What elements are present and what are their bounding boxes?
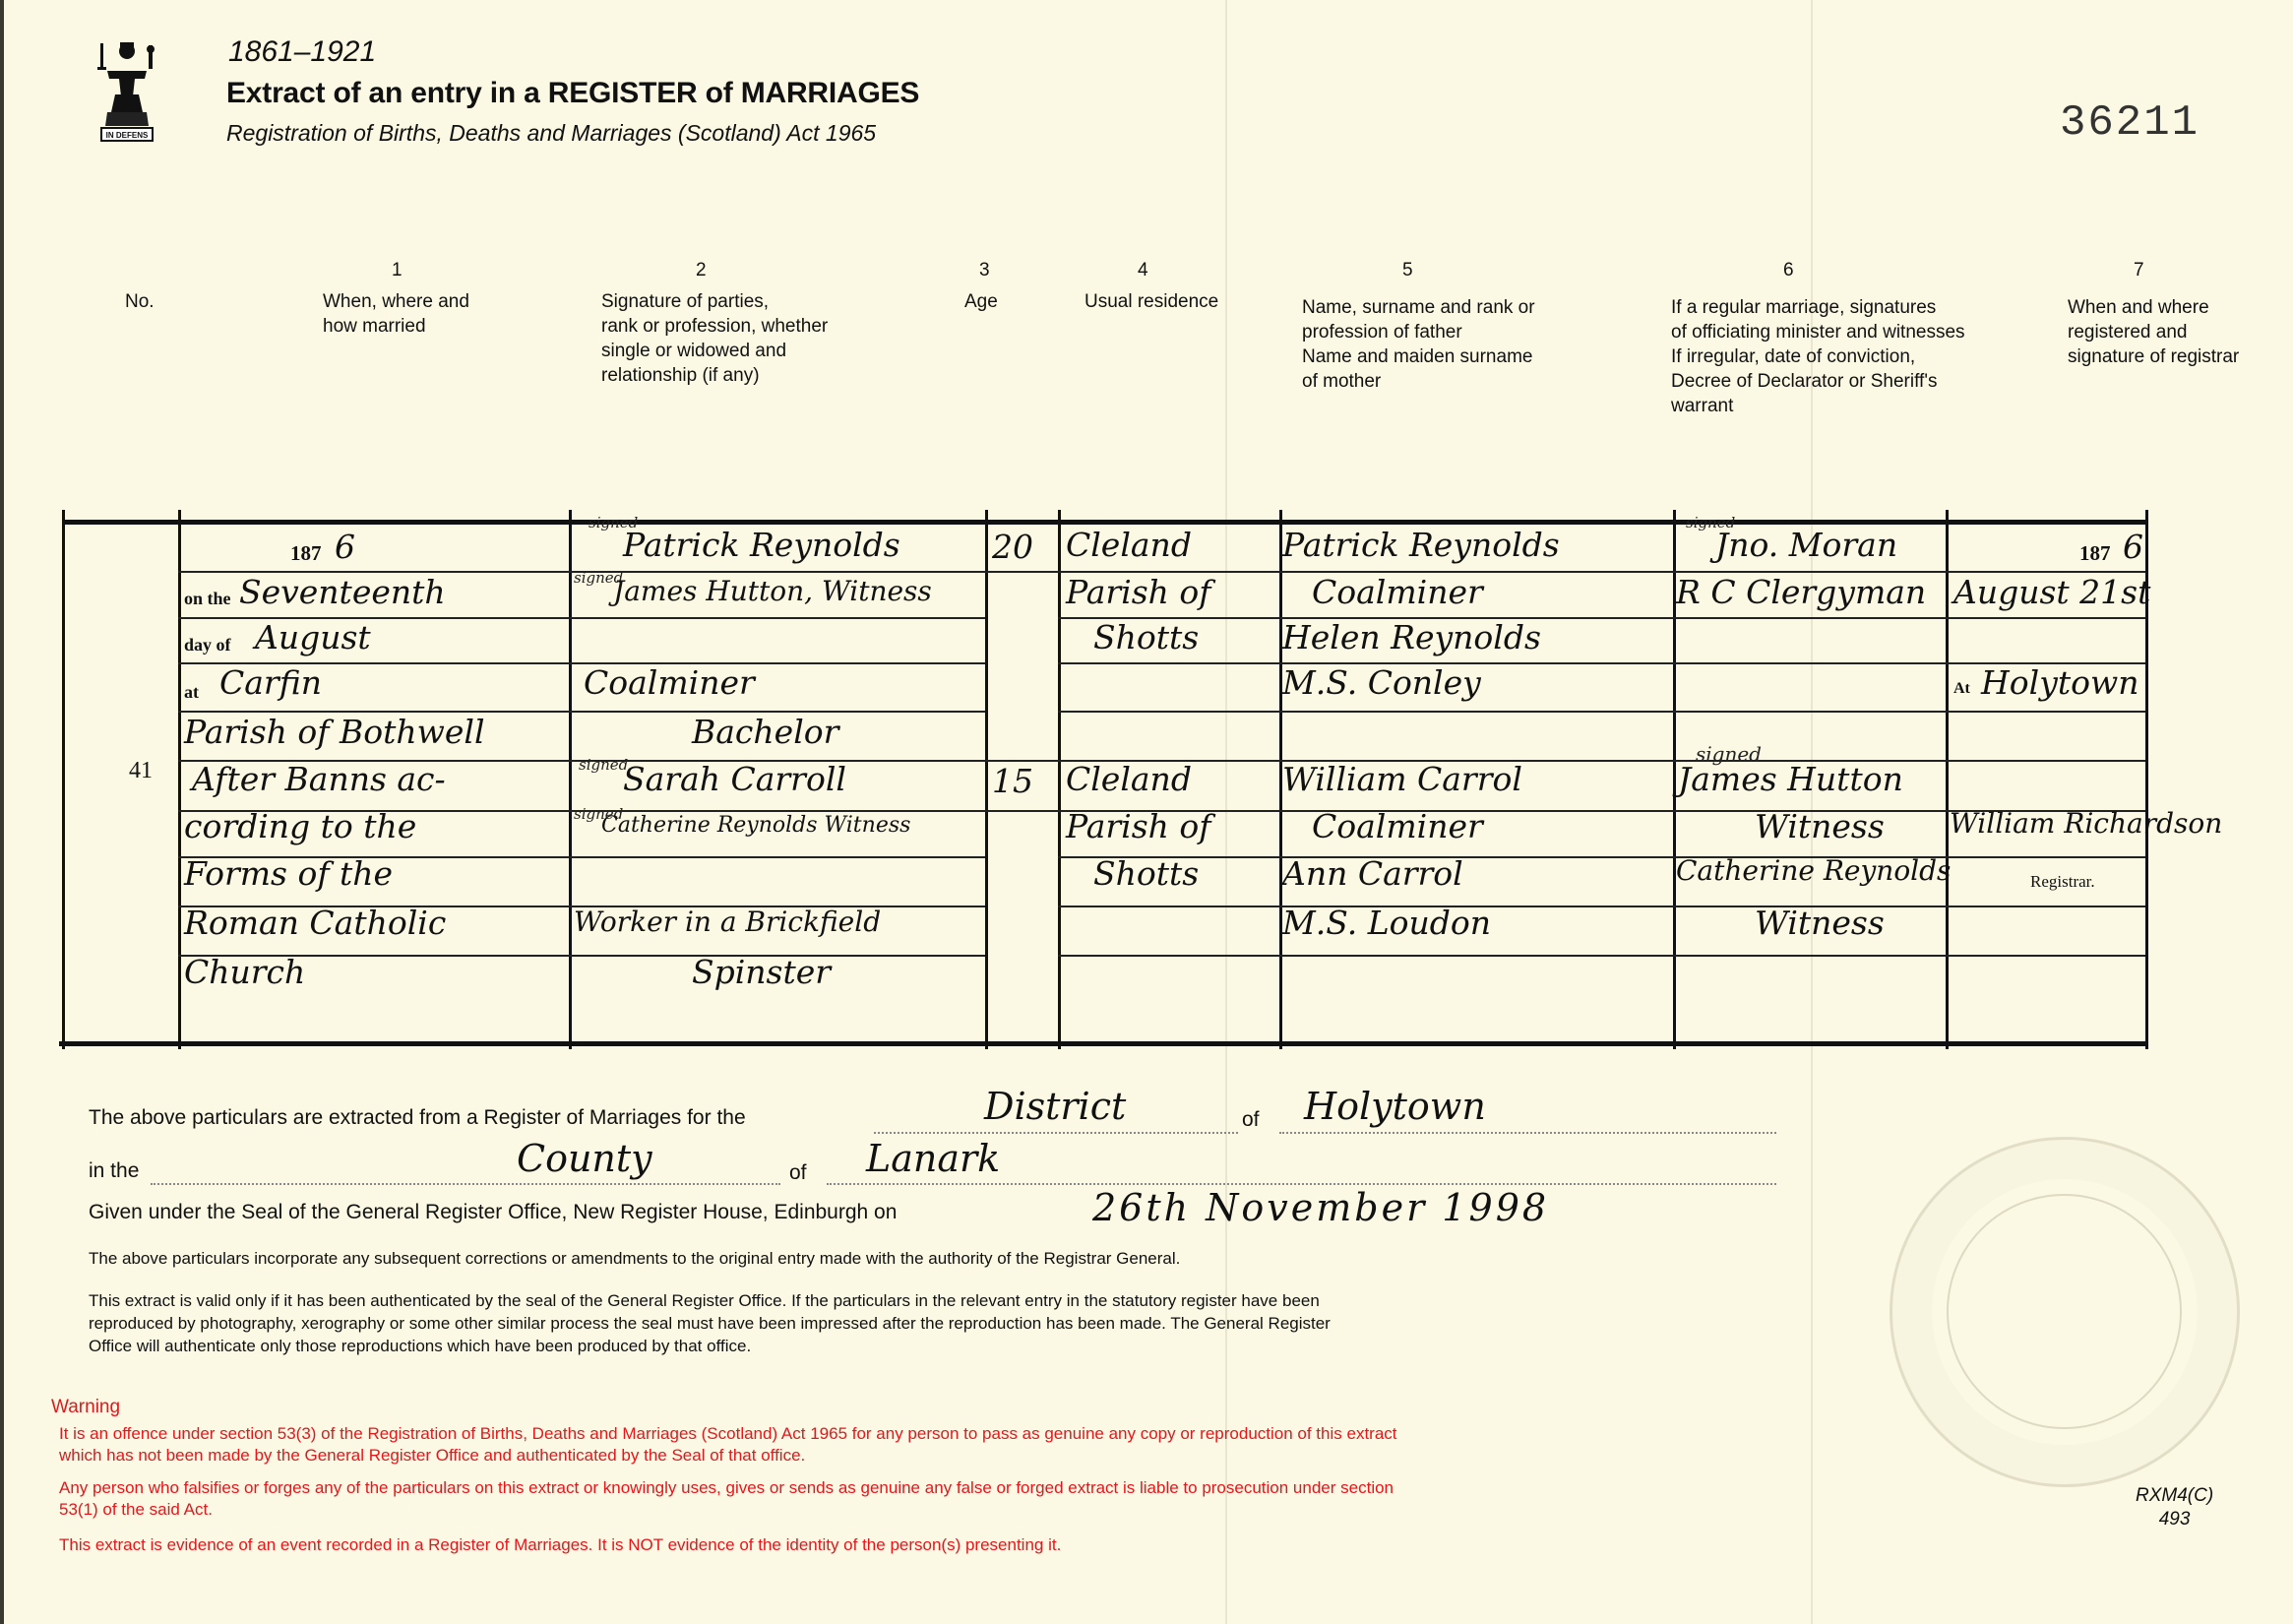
fill-line (151, 1183, 780, 1185)
groom-signature: Patrick Reynolds (623, 526, 900, 564)
groom-occupation: Coalminer (584, 663, 755, 702)
table-top-border (62, 520, 2148, 525)
county-type: County (517, 1137, 652, 1180)
warning-title: Warning (51, 1397, 120, 1418)
bride-occupation: Worker in a Brickfield (574, 906, 881, 938)
fill-line (1279, 1132, 1776, 1134)
groom-residence: Shotts (1093, 618, 1199, 656)
in-the-label: in the (89, 1159, 139, 1183)
column-number: 5 (1402, 260, 1413, 281)
form-code-text: RXM4(C) (2136, 1484, 2213, 1508)
row-rule (1279, 711, 1673, 713)
validity-note-line: reproduced by photography, xerography or… (89, 1313, 1331, 1335)
of-label: of (1242, 1108, 1260, 1132)
row-rule (1673, 711, 1946, 713)
year-prefix: 187 (290, 541, 322, 566)
svg-text:IN DEFENS: IN DEFENS (106, 131, 149, 140)
form-number: 493 (2136, 1508, 2213, 1531)
row-rule (1946, 955, 2145, 957)
entry-number: 41 (129, 758, 153, 784)
validity-note-line: This extract is valid only if it has bee… (89, 1290, 1320, 1312)
registration-place: Holytown (1981, 663, 2138, 702)
column-heading: Name, surname and rank orprofession of f… (1302, 295, 1535, 394)
column-heading: When and whereregistered andsignature of… (2068, 295, 2239, 369)
row-rule (1946, 760, 2145, 762)
column-divider (1058, 510, 1061, 1049)
column-number: 1 (392, 260, 403, 281)
bride-signature: Sarah Carroll (623, 760, 846, 798)
witness2-signature: Catherine Reynolds (1676, 854, 1951, 887)
column-divider (1946, 510, 1949, 1049)
column-number: 3 (979, 260, 990, 281)
marriage-detail-line: Parish of Bothwell (184, 713, 485, 751)
bride-father-occupation: Coalminer (1312, 807, 1483, 845)
registration-year-prefix: 187 (2079, 541, 2111, 566)
form-code: RXM4(C) 493 (2136, 1484, 2213, 1531)
column-number: 4 (1138, 260, 1148, 281)
registrar-signature: William Richardson (1950, 807, 2222, 840)
document-title: Extract of an entry in a REGISTER of MAR… (226, 77, 919, 110)
row-rule (985, 571, 1058, 573)
column-number: 6 (1783, 260, 1794, 281)
marriage-place: Carfin (219, 663, 322, 702)
column-heading: If a regular marriage, signaturesof offi… (1671, 295, 1965, 418)
district-type: District (984, 1085, 1126, 1128)
table-bottom-border (59, 1041, 2148, 1046)
issue-date: 26th November 1998 (1092, 1186, 1549, 1229)
bride-residence: Shotts (1093, 854, 1199, 893)
warning-line: It is an offence under section 53(3) of … (59, 1423, 1397, 1445)
row-rule (1673, 662, 1946, 664)
row-rule (1279, 955, 1673, 957)
column-number: 2 (696, 260, 707, 281)
marriage-detail-line: Forms of the (184, 854, 393, 893)
row-rule (1946, 617, 2145, 619)
fill-line (827, 1183, 1776, 1185)
witness2-role: Witness (1755, 904, 1885, 942)
registrar-label: Registrar. (2030, 872, 2095, 892)
warning-line: This extract is evidence of an event rec… (59, 1534, 1061, 1556)
years-range: 1861–1921 (228, 35, 376, 69)
witness1-role: Witness (1755, 807, 1885, 845)
marriage-detail-line: After Banns ac- (192, 760, 446, 798)
bride-residence: Parish of (1066, 807, 1211, 845)
groom-mother-maiden: M.S. Conley (1282, 663, 1481, 702)
warning-line: Any person who falsifies or forges any o… (59, 1477, 1394, 1499)
of-label-2: of (789, 1161, 807, 1185)
row-rule (1058, 662, 1279, 664)
bride-witness: Catherine Reynolds Witness (601, 813, 910, 838)
column-heading: No. (125, 289, 155, 314)
bride-mother: Ann Carrol (1282, 854, 1463, 893)
row-rule (1673, 617, 1946, 619)
page-edge (0, 0, 4, 1624)
serial-number: 36211 (2060, 98, 2200, 148)
column-heading: Signature of parties,rank or profession,… (601, 289, 828, 388)
column-divider (569, 510, 572, 1049)
groom-mother: Helen Reynolds (1282, 618, 1541, 656)
register-entry-table: 41 187 6 on the Seventeenth day of Augus… (62, 520, 2148, 1045)
marriage-day: Seventeenth (239, 573, 446, 611)
row-rule (1058, 711, 1279, 713)
warning-line: which has not been made by the General R… (59, 1445, 805, 1467)
warning-line: 53(1) of the said Act. (59, 1499, 213, 1521)
column-heading: When, where andhow married (323, 289, 469, 339)
groom-residence: Cleland (1066, 526, 1192, 564)
extract-statement: The above particulars are extracted from… (89, 1106, 746, 1130)
marriage-detail-line: cording to the (184, 807, 416, 845)
minister-signature: Jno. Moran (1715, 526, 1897, 564)
witness1-signature: James Hutton (1678, 760, 1903, 798)
year-suffix: 6 (335, 528, 355, 566)
marriage-detail-line: Church (184, 953, 305, 991)
bride-mother-maiden: M.S. Loudon (1282, 904, 1491, 942)
act-subtitle: Registration of Births, Deaths and Marri… (226, 120, 876, 147)
marriage-detail-line: Roman Catholic (184, 904, 446, 942)
groom-residence: Parish of (1066, 573, 1211, 611)
marriage-month: August (255, 618, 371, 656)
groom-status: Bachelor (692, 713, 838, 751)
registration-date: August 21st (1953, 573, 2150, 611)
row-rule (1946, 906, 2145, 907)
row-rule (1058, 955, 1279, 957)
row-rule (1946, 856, 2145, 858)
row-rule (1058, 906, 1279, 907)
seal-inner-ring (1947, 1194, 2182, 1429)
bride-residence: Cleland (1066, 760, 1192, 798)
on-the-label: on the (184, 589, 231, 609)
county-name: Lanark (866, 1137, 1000, 1180)
bride-father: William Carrol (1282, 760, 1522, 798)
given-under-seal: Given under the Seal of the General Regi… (89, 1201, 897, 1224)
minister-title: R C Clergyman (1676, 573, 1926, 611)
column-heading: Age (964, 289, 998, 314)
corrections-note: The above particulars incorporate any su… (89, 1248, 1180, 1270)
column-divider (178, 510, 181, 1049)
registration-year-suffix: 6 (2123, 528, 2143, 566)
row-rule (985, 810, 1058, 812)
registration-at-label: At (1953, 680, 1970, 698)
at-label: at (184, 682, 199, 703)
signed-note: signed (579, 756, 628, 774)
column-divider (62, 510, 65, 1049)
bride-age: 15 (992, 762, 1033, 800)
bride-status: Spinster (692, 953, 831, 991)
validity-note-line: Office will authenticate only those repr… (89, 1336, 751, 1357)
groom-father-occupation: Coalminer (1312, 573, 1483, 611)
row-rule (1673, 955, 1946, 957)
groom-witness: James Hutton, Witness (613, 575, 932, 607)
day-of-label: day of (184, 635, 231, 656)
row-rule (1946, 711, 2145, 713)
embossed-seal-icon (1890, 1137, 2240, 1487)
district-name: Holytown (1304, 1085, 1486, 1128)
royal-crest-logo-icon: IN DEFENS (93, 35, 160, 144)
groom-age: 20 (992, 528, 1033, 566)
column-heading: Usual residence (1085, 289, 1218, 314)
column-number: 7 (2134, 260, 2144, 281)
groom-father: Patrick Reynolds (1282, 526, 1560, 564)
fill-line (874, 1132, 1238, 1134)
column-divider (985, 510, 988, 1049)
